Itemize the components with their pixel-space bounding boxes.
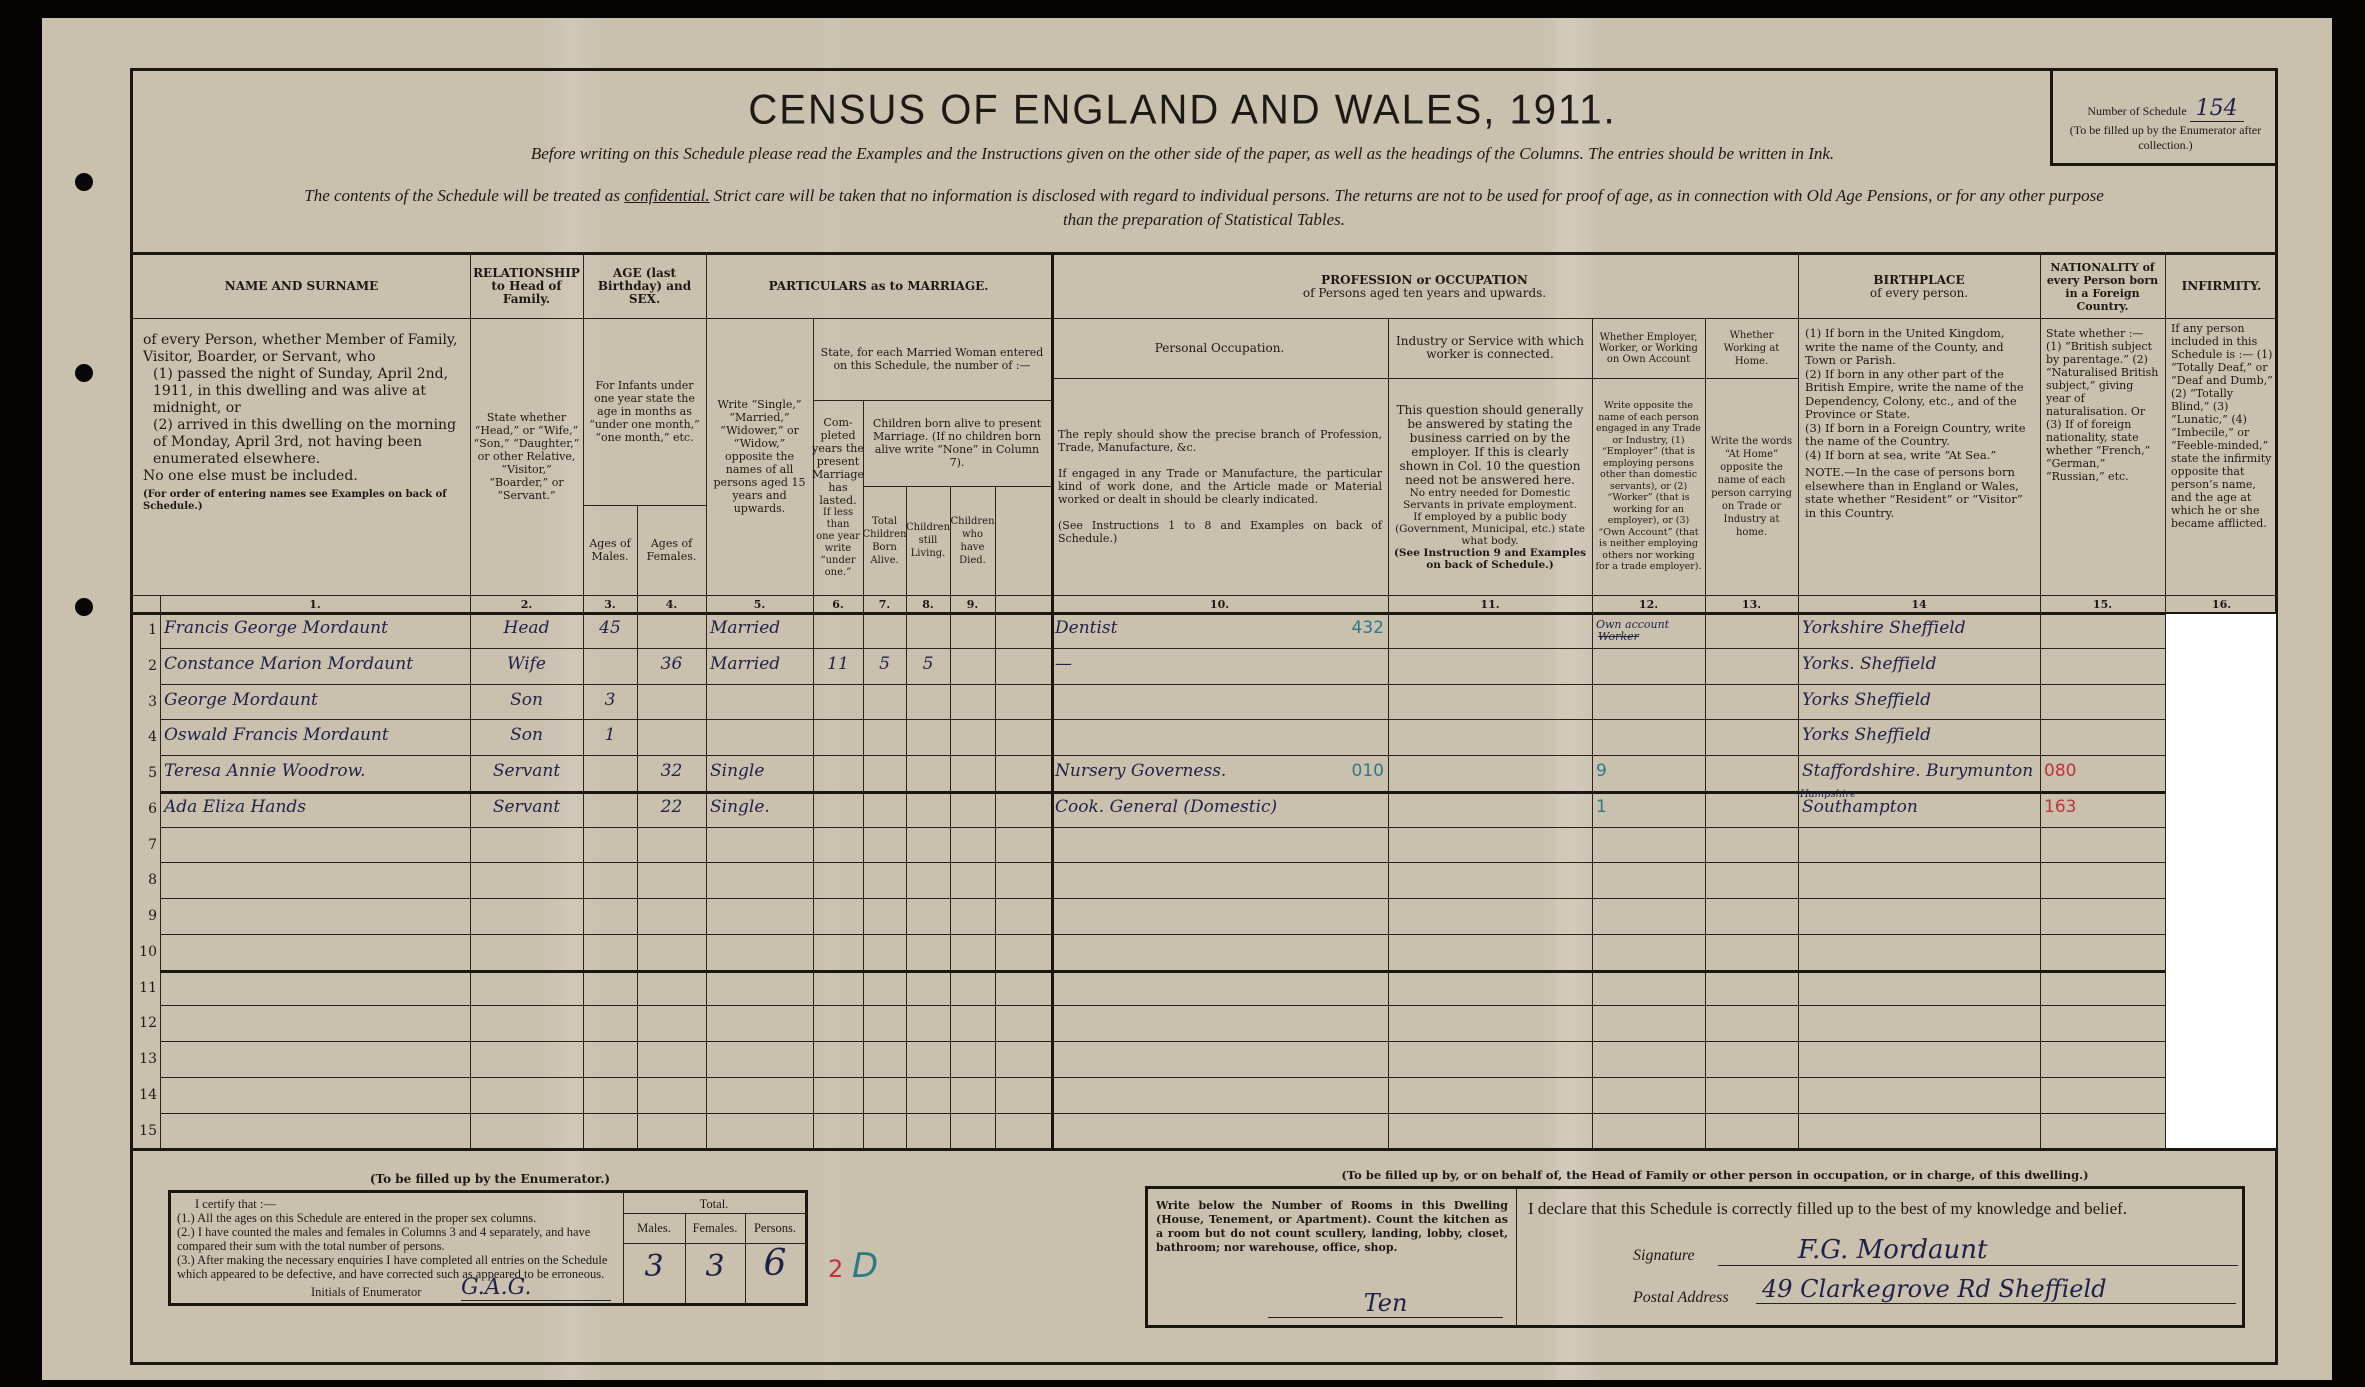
col-number: 15. — [2040, 597, 2165, 612]
page-title: CENSUS OF ENGLAND AND WALES, 1911. — [0, 87, 2365, 134]
row-number: 12 — [133, 1015, 157, 1031]
col-number: 4. — [637, 597, 706, 612]
row-number: 15 — [133, 1123, 157, 1139]
schedule-number-value[interactable]: 154 — [2190, 96, 2244, 122]
marital-instructions: Write “Single,” “Married,” “Widower,” or… — [706, 318, 813, 595]
cell-age-male[interactable]: 3 — [587, 690, 633, 710]
redacted-infirmity-area — [2166, 614, 2276, 1148]
cell-occ-code[interactable]: 432 — [1315, 618, 1384, 638]
age-males-heading: Ages of Males. — [583, 505, 637, 595]
confidential-line: The contents of the Schedule will be tre… — [130, 186, 2278, 206]
row-number: 11 — [133, 980, 157, 996]
col-heading-relationship: RELATIONSHIP to Head of Family. — [470, 255, 583, 318]
red-annotation: 2 — [828, 1255, 843, 1283]
cell-name[interactable]: Francis George Mordaunt — [164, 618, 466, 638]
row-number: 7 — [133, 837, 157, 853]
postal-address-value[interactable]: 49 Clarkegrove Rd Sheffield — [1756, 1275, 2236, 1304]
signature-label: Signature — [1633, 1247, 1695, 1265]
schedule-number-box: Number of Schedule 154 (To be filled up … — [2050, 68, 2278, 166]
col-number: 12. — [1592, 597, 1705, 612]
col-heading-nationality: NATIONALITY of every Person born in a Fo… — [2040, 255, 2165, 318]
cell-name[interactable]: Teresa Annie Woodrow. — [164, 761, 466, 781]
cell-occupation[interactable]: Nursery Governess. — [1055, 761, 1307, 781]
cell-bp-code[interactable]: 163 — [2044, 797, 2161, 817]
col-number: 16. — [2165, 597, 2278, 612]
nationality-instructions: State whether :— (1) “British subject by… — [2043, 325, 2163, 593]
row-number: 10 — [133, 944, 157, 960]
col-number: 10. — [1051, 597, 1388, 612]
cell-occupation[interactable]: Cook. General (Domestic) — [1055, 797, 1307, 817]
col-heading-name: NAME AND SURNAME — [133, 255, 470, 318]
married-woman-heading: State, for each Married Woman entered on… — [813, 318, 1051, 400]
cell-living[interactable]: 5 — [910, 654, 946, 674]
binder-hole — [75, 364, 93, 382]
total-persons[interactable]: 6 — [745, 1243, 805, 1284]
row-number: 5 — [133, 765, 157, 781]
binder-hole — [75, 598, 93, 616]
row-number: 6 — [133, 801, 157, 817]
cell-relationship[interactable]: Son — [474, 725, 579, 745]
declaration: I declare that this Schedule is correctl… — [1528, 1199, 2127, 1219]
cell-employer-struck: Worker — [1598, 630, 1639, 643]
schedule-number-note: (To be filled up by the Enumerator after… — [2061, 123, 2270, 153]
col-number: 6. — [813, 597, 863, 612]
blue-annotation: D — [852, 1246, 878, 1286]
initials-label: Initials of Enumerator — [311, 1285, 421, 1299]
cell-age-female[interactable]: 36 — [641, 654, 702, 674]
employer-instructions: Write opposite the name of each person e… — [1592, 378, 1705, 595]
cell-relationship[interactable]: Servant — [474, 761, 579, 781]
col-number: 7. — [863, 597, 906, 612]
cell-name[interactable]: Constance Marion Mordaunt — [164, 654, 466, 674]
have-died-heading: Children who have Died. — [950, 486, 995, 595]
children-born-heading: Children born alive to present Marriage.… — [863, 400, 1051, 486]
col-number: 3. — [583, 597, 637, 612]
cell-age-female[interactable]: 22 — [641, 797, 702, 817]
cell-birthplace[interactable]: Yorks. Sheffield — [1802, 654, 2036, 674]
personal-occupation-heading: Personal Occupation. — [1051, 318, 1388, 378]
col-number: 1. — [160, 597, 470, 612]
cell-age-male[interactable]: 1 — [587, 725, 633, 745]
cell-marital[interactable]: Married — [710, 618, 809, 638]
age-females-heading: Ages of Females. — [637, 505, 706, 595]
at-home-instructions: Write the words “At Home” opposite the n… — [1705, 378, 1798, 595]
at-home-heading: Whether Working at Home. — [1705, 318, 1798, 378]
postal-address-label: Postal Address — [1633, 1289, 1729, 1307]
cell-marital[interactable]: Single. — [710, 797, 809, 817]
total-born-heading: Total Children Born Alive. — [863, 486, 906, 595]
row-number: 9 — [133, 908, 157, 924]
relationship-instructions: State whether “Head,” or “Wife,” “Son,” … — [470, 318, 583, 595]
cell-birthplace[interactable]: Yorkshire Sheffield — [1802, 618, 2036, 638]
cell-name[interactable]: Oswald Francis Mordaunt — [164, 725, 466, 745]
personal-occupation-instructions: The reply should show the precise branch… — [1055, 378, 1385, 595]
total-males[interactable]: 3 — [623, 1249, 685, 1284]
head-of-family-box: Write below the Number of Rooms in this … — [1145, 1186, 2245, 1328]
col-heading-infirmity: INFIRMITY. — [2165, 255, 2278, 318]
col-number: 14 — [1798, 597, 2040, 612]
cell-age-male[interactable]: 45 — [587, 618, 633, 638]
row-number: 2 — [133, 658, 157, 674]
cell-birthplace-note: Hampshire — [1800, 789, 1856, 800]
birthplace-instructions: (1) If born in the United Kingdom, write… — [1802, 325, 2036, 593]
still-living-heading: Children still Living. — [906, 486, 950, 595]
cell-birthplace[interactable]: Yorks Sheffield — [1802, 690, 2036, 710]
schedule-number-label: Number of Schedule — [2087, 104, 2186, 118]
cell-marital[interactable]: Married — [710, 654, 809, 674]
industry-instructions: This question should generally be answer… — [1390, 378, 1590, 595]
cell-years-married[interactable]: 11 — [817, 654, 859, 674]
instruction-line: Before writing on this Schedule please r… — [0, 144, 2365, 164]
enumerator-box: I certify that :— (1.) All the ages on t… — [168, 1190, 808, 1306]
col-number: 9. — [950, 597, 995, 612]
row-number: 14 — [133, 1087, 157, 1103]
col-heading-birthplace: BIRTHPLACE of every person. — [1798, 255, 2040, 318]
cell-marital[interactable]: Single — [710, 761, 809, 781]
row-number: 4 — [133, 729, 157, 745]
cell-birthplace[interactable]: Yorks Sheffield — [1802, 725, 2036, 745]
row-number: 3 — [133, 694, 157, 710]
col-number: 11. — [1388, 597, 1592, 612]
total-label: Total. — [623, 1197, 805, 1211]
years-married-heading: Com- pleted years the present Marriage h… — [813, 400, 863, 595]
initials-value[interactable]: G.A.G. — [461, 1275, 611, 1301]
industry-heading: Industry or Service with which worker is… — [1388, 318, 1592, 378]
cell-occ-code[interactable]: 010 — [1315, 761, 1384, 781]
confidential-word: confidential. — [624, 186, 709, 205]
head-of-family-heading: (To be filled up by, or on behalf of, th… — [1160, 1168, 2270, 1182]
row-number: 8 — [133, 872, 157, 888]
cell-relationship[interactable]: Servant — [474, 797, 579, 817]
infirmity-instructions: If any person included in this Schedule … — [2168, 320, 2276, 592]
rooms-instructions: Write below the Number of Rooms in this … — [1156, 1199, 1508, 1255]
cell-employer[interactable]: 1 — [1596, 797, 1701, 817]
cell-relationship[interactable]: Son — [474, 690, 579, 710]
cell-occupation[interactable]: Dentist — [1055, 618, 1307, 638]
cell-relationship[interactable]: Wife — [474, 654, 579, 674]
enumerator-certify: I certify that :— (1.) All the ages on t… — [177, 1197, 617, 1281]
rooms-value[interactable]: Ten — [1268, 1289, 1503, 1318]
persons-label: Persons. — [745, 1221, 805, 1235]
cell-relationship[interactable]: Head — [474, 618, 579, 638]
col-heading-profession: PROFESSION or OCCUPATION of Persons aged… — [1051, 255, 1798, 318]
name-instructions: of every Person, whether Member of Famil… — [140, 330, 465, 592]
col-heading-marriage: PARTICULARS as to MARRIAGE. — [706, 255, 1051, 318]
col-number: 8. — [906, 597, 950, 612]
col-number: 5. — [706, 597, 813, 612]
employer-heading: Whether Employer, Worker, or Working on … — [1592, 318, 1705, 378]
total-females[interactable]: 3 — [685, 1249, 745, 1284]
females-label: Females. — [685, 1221, 745, 1235]
cell-bp-code[interactable]: 080 — [2044, 761, 2161, 781]
row-number: 13 — [133, 1051, 157, 1067]
enumerator-heading: (To be filled up by the Enumerator.) — [340, 1172, 640, 1186]
age-instructions: For Infants under one year state the age… — [583, 318, 706, 505]
col-heading-age: AGE (last Birthday) and SEX. — [583, 255, 706, 318]
confidential-line-end: than the preparation of Statistical Tabl… — [130, 210, 2278, 230]
cell-age-female[interactable]: 32 — [641, 761, 702, 781]
row-number: 1 — [133, 622, 157, 638]
signature-value[interactable]: F.G. Mordaunt — [1718, 1235, 2238, 1266]
cell-birthplace[interactable]: Southampton — [1802, 797, 2036, 817]
males-label: Males. — [623, 1221, 685, 1235]
cell-employer[interactable]: 9 — [1596, 761, 1701, 781]
cell-name[interactable]: Ada Eliza Hands — [164, 797, 466, 817]
col-number: 13. — [1705, 597, 1798, 612]
binder-hole — [75, 173, 93, 191]
cell-occupation[interactable]: — — [1055, 654, 1307, 674]
col-number: 2. — [470, 597, 583, 612]
cell-born-alive[interactable]: 5 — [867, 654, 902, 674]
cell-birthplace[interactable]: Staffordshire. Burymunton — [1802, 761, 2036, 781]
cell-name[interactable]: George Mordaunt — [164, 690, 466, 710]
